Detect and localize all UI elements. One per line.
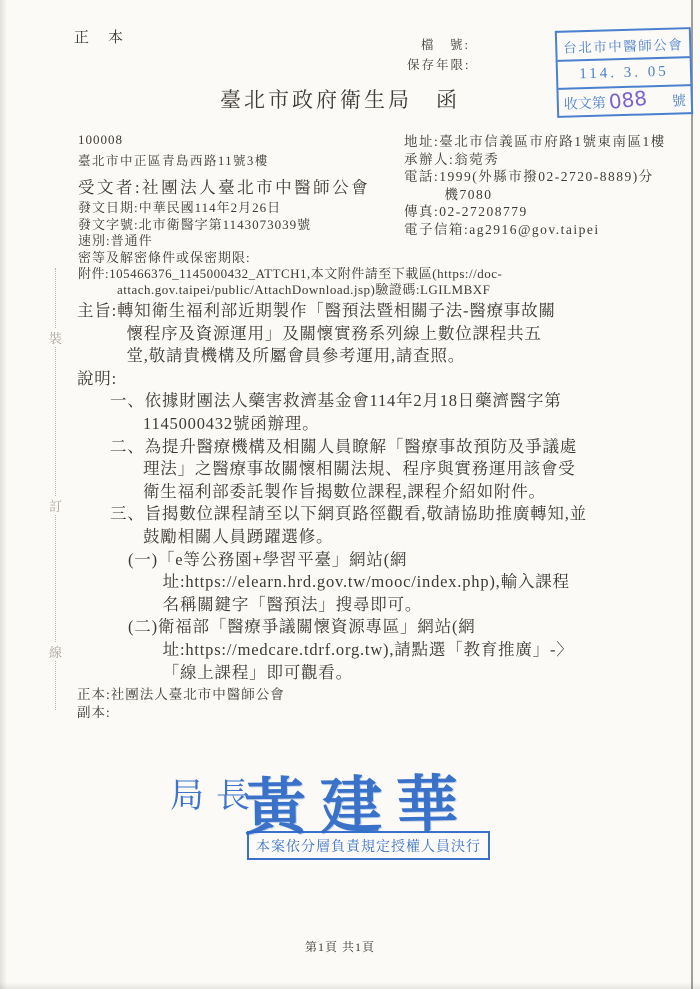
receipt-stamp-date: 114. 3. 05: [558, 58, 691, 90]
receipt-no-handwritten: 088: [608, 89, 648, 111]
retention-period-label: 保存年限:: [407, 55, 470, 73]
item-1-text: 依據財團法人藥害救濟基金會114年2月18日藥濟醫字第1145000432號函辦…: [143, 391, 562, 433]
item-3-label: 三、: [110, 504, 145, 523]
file-number-label: 檔 號:: [421, 35, 470, 53]
contact-email: 電子信箱:ag2916@gov.taipei: [404, 221, 666, 239]
authorization-stamp: 本案依分層負責規定授權人員決行: [247, 831, 490, 860]
recipient-zip: 100008: [78, 132, 370, 148]
dispatch-meta-block: 發文日期:中華民國114年2月26日 發文字號:北市衛醫字第1143073039…: [78, 200, 311, 266]
receipt-no-suffix: 號: [672, 90, 687, 110]
speed-class: 速別:普通件: [78, 233, 311, 250]
recipient-to-line: 受文者:社團法人臺北市中醫師公會: [78, 174, 370, 198]
copy-type-label: 正 本: [74, 26, 125, 47]
binding-mark-zhuang: 裝: [48, 328, 63, 347]
explanation-item-2: 二、為提升醫療機構及相關人員瞭解「醫療事故預防及爭議處理法」之醫療事故關懷相關法…: [110, 436, 589, 504]
explanation-label: 說明:: [77, 368, 589, 391]
item-2-label: 二、: [110, 437, 145, 456]
binding-mark-ding: 訂: [48, 496, 63, 515]
explanation-item-1: 一、依據財團法人藥害救濟基金會114年2月18日藥濟醫字第1145000432號…: [110, 390, 589, 435]
subitem-2-label: (二): [128, 617, 158, 636]
contact-person: 承辦人:翁菀秀: [404, 151, 666, 169]
contact-phone: 電話:1999(外縣市撥02-2720-8889)分機7080: [404, 168, 666, 203]
subitem-1-label: (一): [128, 550, 158, 569]
original-copy-line: 正本:社團法人臺北市中醫師公會: [77, 686, 285, 704]
explanation-subitem-1: (一)「e等公務園+學習平臺」網站(網址:https://elearn.hrd.…: [128, 549, 586, 617]
explanation-item-3: 三、旨揭數位課程請至以下網頁路徑觀看,敬請協助推廣轉知,並鼓勵相關人員踴躍選修。: [110, 503, 589, 548]
item-1-label: 一、: [110, 391, 145, 410]
binding-mark-xian: 線: [48, 642, 63, 661]
scan-right-edge-line: [691, 0, 693, 989]
recipient-address: 臺北市中正區青島西路11號3樓: [78, 151, 370, 169]
item-2-text: 為提升醫療機構及相關人員瞭解「醫療事故預防及爭議處理法」之醫療事故關懷相關法規、…: [143, 437, 577, 501]
item-3-text: 旨揭數位課程請至以下網頁路徑觀看,敬請協助推廣轉知,並鼓勵相關人員踴躍選修。: [143, 504, 587, 546]
contact-address: 地址:臺北市信義區市府路1號東南區1樓: [404, 133, 666, 151]
subject-paragraph: 主旨:轉知衛生福利部近期製作「醫預法暨相關子法-醫療事故關懷程序及資源運用」及關…: [77, 300, 557, 368]
subitem-2-text: 衛福部「醫療爭議關懷資源專區」網站(網址:https://medcare.tdr…: [158, 617, 574, 681]
explanation-subitem-2: (二)衛福部「醫療爭議關懷資源專區」網站(網址:https://medcare.…: [128, 616, 586, 684]
receipt-stamp: 台北市中醫師公會 114. 3. 05 收文第 088 號: [555, 27, 693, 118]
receipt-stamp-org: 台北市中醫師公會: [557, 29, 690, 62]
letter-body: 主旨:轉知衛生福利部近期製作「醫預法暨相關子法-醫療事故關懷程序及資源運用」及關…: [77, 300, 589, 684]
page-number: 第1頁 共1頁: [0, 938, 680, 955]
recipient-block: 100008 臺北市中正區青島西路11號3樓 受文者:社團法人臺北市中醫師公會: [78, 132, 370, 198]
dispatch-number: 發文字號:北市衛醫字第1143073039號: [78, 217, 311, 234]
distribution-block: 正本:社團法人臺北市中醫師公會 副本:: [77, 686, 285, 721]
receipt-stamp-number-row: 收文第 088 號: [558, 86, 691, 116]
contact-block: 地址:臺北市信義區市府路1號東南區1樓 承辦人:翁菀秀 電話:1999(外縣市撥…: [404, 133, 666, 238]
dispatch-date: 發文日期:中華民國114年2月26日: [78, 200, 311, 217]
subitem-1-text: 「e等公務園+學習平臺」網站(網址:https://elearn.hrd.gov…: [158, 550, 570, 614]
attachment-line: 附件:105466376_1145000432_ATTCH1,本文附件請至下載區…: [78, 266, 658, 297]
contact-fax: 傳真:02-27208779: [404, 203, 666, 221]
scanned-official-letter: 正 本 檔 號: 保存年限: 臺北市政府衛生局 函 台北市中醫師公會 114. …: [0, 0, 700, 989]
security-class: 密等及解密條件或保密期限:: [78, 250, 311, 267]
duplicate-copy-line: 副本:: [77, 704, 285, 722]
receipt-no-prefix: 收文第: [564, 93, 607, 114]
paper-left-edge-shadow: [0, 0, 7, 989]
paper-bottom-edge-shadow: [0, 982, 700, 989]
